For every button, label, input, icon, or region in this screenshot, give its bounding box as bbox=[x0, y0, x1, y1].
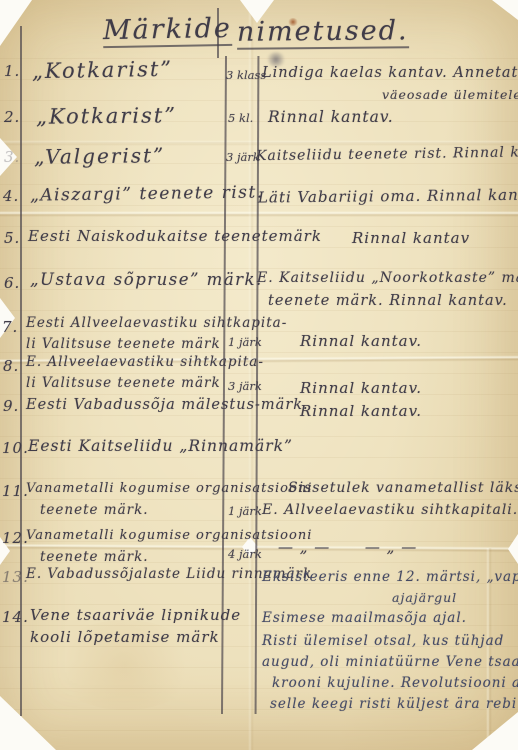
note-line: väeosade ülemitele. bbox=[382, 89, 518, 102]
note-line: Esimese maailmasõja ajal. bbox=[262, 612, 467, 626]
note-line: ajajärgul bbox=[392, 592, 457, 605]
grade-value: 4 järk bbox=[228, 549, 262, 561]
note-line: Rinnal kantav. bbox=[300, 334, 422, 349]
note-line: Rinnal kantav. bbox=[300, 381, 422, 396]
grade-value: 1 järk bbox=[228, 337, 262, 349]
note-line: augud, oli miniatüürne Vene tsaari bbox=[262, 656, 518, 670]
note-line: Sissetulek vanametallist läks bbox=[288, 481, 518, 495]
row-number: 11. bbox=[2, 484, 29, 499]
badge-name-line: „Kotkarist” bbox=[36, 105, 177, 127]
note-line: E. Allveelaevastiku sihtkapitali. bbox=[262, 503, 518, 517]
note-line: Rinnal kantav. bbox=[268, 110, 394, 126]
badge-name-line: teenete märk. bbox=[40, 551, 149, 565]
page-title-left: Märkide bbox=[103, 15, 232, 48]
row-number: 8. bbox=[3, 359, 19, 374]
badge-name-line: Vene tsaariväe lipnikude bbox=[30, 608, 241, 623]
badge-name-line: E. Allveelaevastiku sihtkapita- bbox=[26, 356, 264, 370]
badge-name-line: teenete märk. bbox=[40, 504, 149, 518]
note-line: Kaitseliidu teenete rist. Rinnal kantav. bbox=[256, 145, 518, 163]
row-number: 12. bbox=[2, 531, 29, 546]
note-line: selle keegi risti küljest ära rebinud. bbox=[270, 698, 518, 712]
row-number: 10. bbox=[2, 441, 29, 456]
grade-value: 3 klass bbox=[226, 70, 266, 82]
badge-name-line: Eesti Kaitseliidu „Rinnamärk” bbox=[28, 439, 293, 455]
row-number: 1. bbox=[4, 64, 20, 79]
grade-value: 5 kl. bbox=[228, 113, 253, 125]
note-line: teenete märk. Rinnal kantav. bbox=[268, 294, 508, 309]
grade-value: 1 järk bbox=[228, 506, 262, 518]
badge-name-line: Eesti Vabadussõja mälestus-märk. bbox=[26, 398, 309, 413]
grade-value: 3 järk bbox=[226, 152, 260, 164]
note-line: Risti ülemisel otsal, kus tühjad bbox=[262, 635, 504, 649]
row-number: 7. bbox=[2, 320, 18, 335]
scanned-document-page: Märkide nimetused. 1. „Kotkarist” 3 klas… bbox=[0, 0, 518, 750]
row-number: 4. bbox=[3, 189, 19, 204]
badge-name-line: Vanametalli kogumise organisatsiooni bbox=[26, 482, 312, 495]
row-number: 6. bbox=[4, 276, 20, 291]
badge-name-line: „Aiszargi” teenete rist. bbox=[30, 184, 264, 204]
crease bbox=[0, 211, 518, 218]
badge-name-line: „Ustava sõpruse” märk. bbox=[30, 272, 263, 289]
row-number: 5. bbox=[4, 231, 20, 246]
badge-name-line: li Valitsuse teenete märk bbox=[26, 377, 221, 391]
badge-name-line: Eesti Naiskodukaitse teenetemärk bbox=[28, 229, 322, 244]
grade-value: 3 järk bbox=[228, 381, 262, 393]
note-line: Rinnal kantav. bbox=[300, 404, 422, 419]
badge-name-line: Eesti Allveelaevastiku sihtkapita- bbox=[26, 317, 287, 331]
row-number: 14. bbox=[2, 610, 29, 625]
row-number: 9. bbox=[3, 399, 19, 414]
note-line: Eksisteeris enne 12. märtsi, „vapside” bbox=[262, 571, 518, 585]
note-line: Lindiga kaelas kantav. Annetati bbox=[262, 66, 518, 81]
note-line: Läti Vabariigi oma. Rinnal kantav bbox=[258, 187, 518, 205]
note-line: E. Kaitseliidu „Noorkotkaste” maleva bbox=[257, 271, 518, 285]
note-line: Rinnal kantav bbox=[352, 231, 470, 246]
row-number: 2. bbox=[4, 110, 20, 125]
note-line: krooni kujuline. Revolutsiooni ajal bbox=[272, 677, 518, 691]
page-title-right: nimetused. bbox=[237, 17, 409, 49]
badge-name-line: „Kotkarist” bbox=[32, 59, 173, 82]
row-number: 13. bbox=[2, 570, 29, 585]
badge-name-line: „Valgerist” bbox=[34, 145, 166, 167]
row-number: 3. bbox=[4, 150, 20, 165]
ditto-marks: — „ — — „ — bbox=[278, 540, 417, 555]
badge-name-line: li Valitsuse teenete märk bbox=[26, 338, 221, 352]
badge-name-line: Vanametalli kogumise organisatsiooni bbox=[26, 529, 312, 542]
badge-name-line: kooli lõpetamise märk bbox=[30, 630, 220, 645]
